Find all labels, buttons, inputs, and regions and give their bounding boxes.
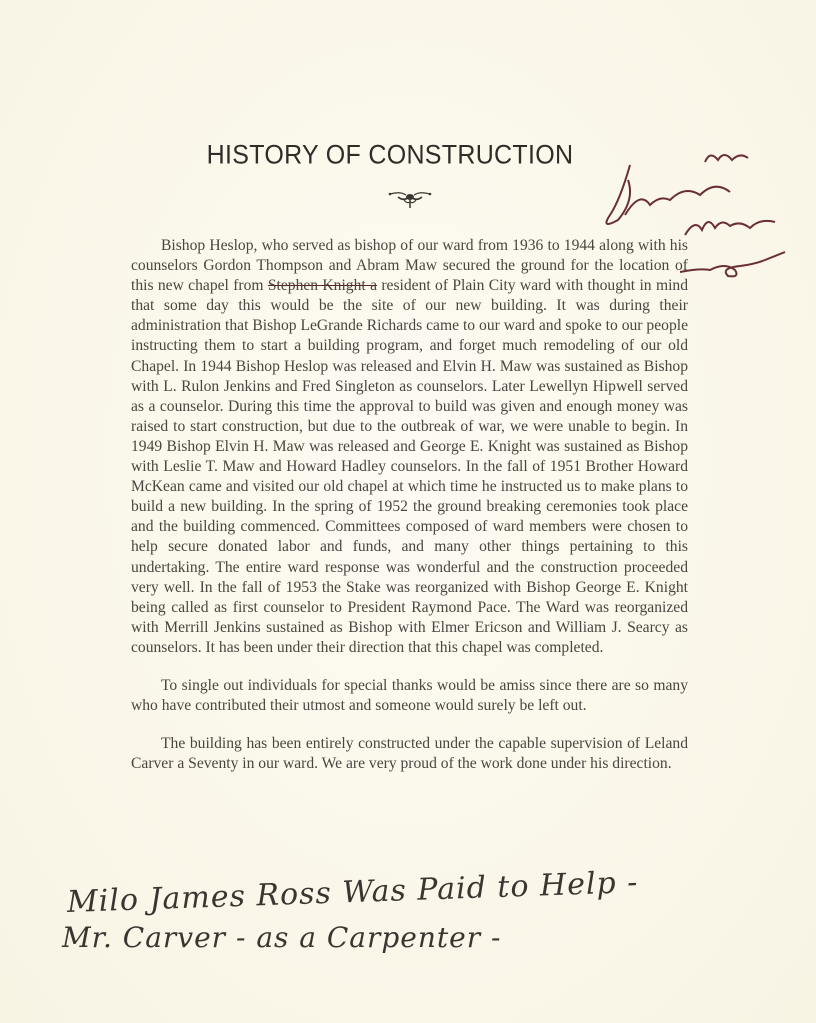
document-page: HISTORY OF CONSTRUCTION Bishop Heslop, w… — [0, 0, 816, 1023]
handwritten-note-line-1: Milo James Ross Was Paid to Help - — [66, 861, 762, 921]
ink-scribble-mark — [680, 250, 790, 290]
fleuron-ornament-icon — [388, 188, 432, 212]
handwritten-signature — [590, 140, 790, 250]
paragraph-supervision: The building has been entirely construct… — [131, 734, 688, 774]
body-text: Bishop Heslop, who served as bishop of o… — [131, 236, 688, 792]
paragraph-history: Bishop Heslop, who served as bishop of o… — [131, 236, 688, 658]
handwritten-note: Milo James Ross Was Paid to Help - Mr. C… — [62, 885, 762, 955]
paragraph-thanks: To single out individuals for special th… — [131, 676, 688, 716]
struck-text: Stephen Knight a — [268, 277, 377, 294]
handwritten-note-line-2: Mr. Carver - as a Carpenter - — [62, 921, 762, 955]
